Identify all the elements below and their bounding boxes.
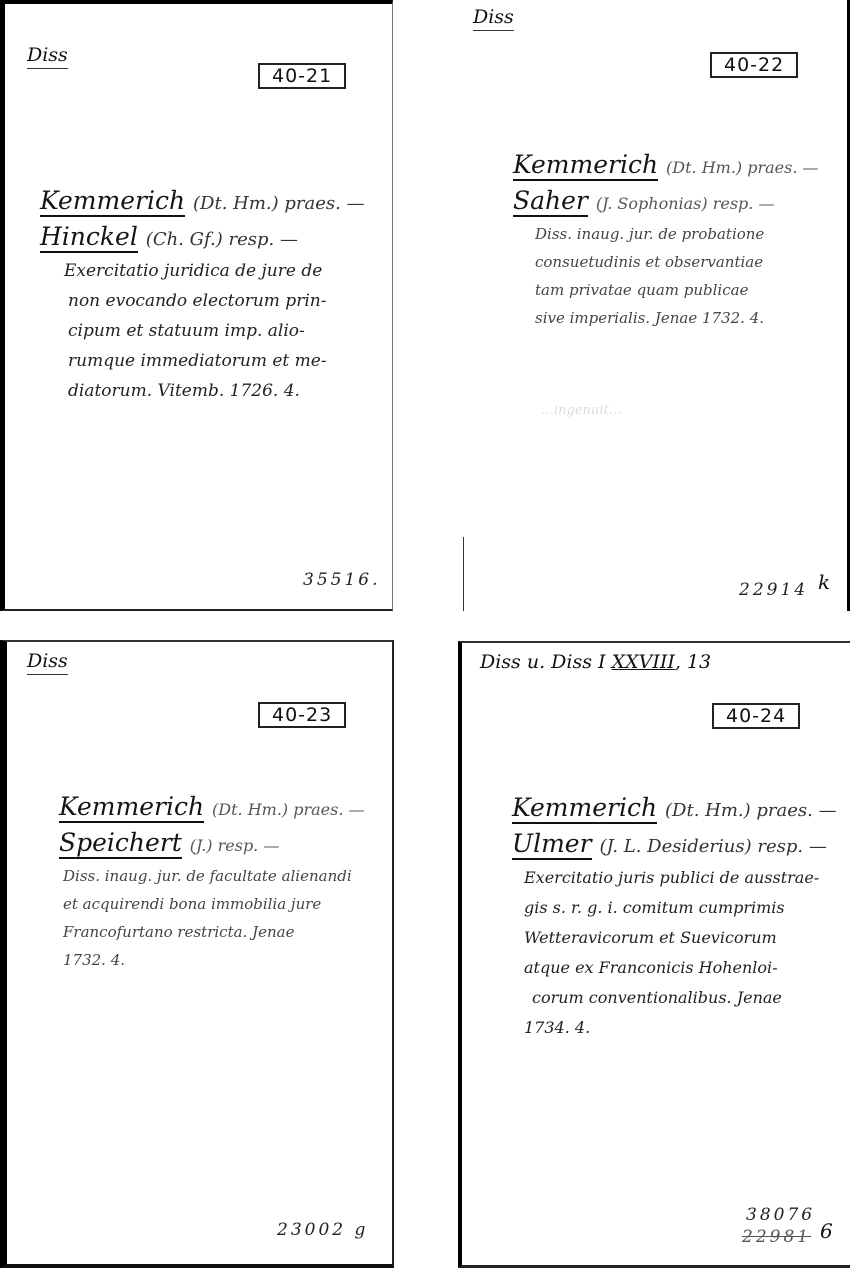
call-number: 40-23 bbox=[258, 702, 346, 728]
author-line: Kemmerich (Dt. Hm.) praes. — bbox=[512, 791, 837, 827]
catalog-entry: Kemmerich (Dt. Hm.) praes. — Hinckel (Ch… bbox=[40, 184, 365, 406]
author-line: Kemmerich (Dt. Hm.) praes. — bbox=[59, 790, 365, 826]
author-role: (Dt. Hm.) praes. — bbox=[193, 193, 365, 214]
title-line: cipum et statuum imp. alio- bbox=[40, 316, 365, 346]
catalog-entry: Kemmerich (Dt. Hm.) praes. — Ulmer (J. L… bbox=[512, 791, 837, 1043]
respondent-line: Speichert (J.) resp. — bbox=[59, 826, 365, 862]
corner-note: Diss u. Diss I XXVIII, 13 bbox=[480, 651, 711, 675]
catalog-card-40-23: Diss 40-23 Kemmerich (Dt. Hm.) praes. — … bbox=[0, 640, 394, 1268]
catalog-card-40-24: Diss u. Diss I XXVIII, 13 40-24 Kemmeric… bbox=[458, 641, 850, 1268]
corner-note: Diss bbox=[27, 44, 68, 69]
title-line: et acquirendi bona immobilia jure bbox=[59, 890, 365, 918]
title-line: Francofurtano restricta. Jenae bbox=[59, 918, 365, 946]
title-line: corum conventionalibus. Jenae bbox=[512, 983, 837, 1013]
accession-number: 35516. bbox=[303, 570, 380, 590]
accession-number: 23002 g bbox=[277, 1220, 368, 1240]
title-line: diatorum. Vitemb. 1726. 4. bbox=[40, 376, 365, 406]
respondent-name: Hinckel bbox=[40, 222, 138, 253]
respondent-line: Saher (J. Sophonias) resp. — bbox=[513, 184, 819, 220]
call-number: 40-24 bbox=[712, 703, 800, 729]
respondent-line: Hinckel (Ch. Gf.) resp. — bbox=[40, 220, 365, 256]
title-line: Diss. inaug. jur. de facultate alienandi bbox=[59, 862, 365, 890]
title-line: Exercitatio juris publici de ausstrae- bbox=[512, 863, 837, 893]
title-line: Exercitatio juridica de jure de bbox=[40, 256, 365, 286]
author-name: Kemmerich bbox=[59, 792, 204, 823]
accession-number: 38076 bbox=[746, 1205, 815, 1225]
title-line: 1734. 4. bbox=[512, 1013, 837, 1043]
catalog-card-40-22: Diss 40-22 Kemmerich (Dt. Hm.) praes. — … bbox=[463, 0, 850, 611]
catalog-entry: Kemmerich (Dt. Hm.) praes. — Saher (J. S… bbox=[513, 148, 819, 332]
corner-note-text: Diss u. Diss I bbox=[480, 651, 606, 673]
title-line: 1732. 4. bbox=[59, 946, 365, 974]
check-mark: k bbox=[818, 570, 830, 594]
title-line: atque ex Franconicis Hohenloi- bbox=[512, 953, 837, 983]
author-name: Kemmerich bbox=[512, 793, 657, 824]
respondent-role: (J. Sophonias) resp. — bbox=[596, 194, 775, 213]
respondent-role: (Ch. Gf.) resp. — bbox=[146, 229, 298, 250]
respondent-line: Ulmer (J. L. Desiderius) resp. — bbox=[512, 827, 837, 863]
corner-note-tail: , 13 bbox=[675, 651, 711, 673]
accession-number-old: 22981 bbox=[742, 1227, 811, 1247]
respondent-role: (J.) resp. — bbox=[190, 836, 280, 855]
corner-note: Diss bbox=[27, 650, 68, 675]
author-line: Kemmerich (Dt. Hm.) praes. — bbox=[40, 184, 365, 220]
corner-note-roman: XXVIII bbox=[612, 651, 675, 673]
call-number: 40-22 bbox=[710, 52, 798, 78]
author-name: Kemmerich bbox=[513, 150, 658, 181]
author-role: (Dt. Hm.) praes. — bbox=[666, 158, 819, 177]
title-line: gis s. r. g. i. comitum cumprimis bbox=[512, 893, 837, 923]
title-line: consuetudinis et observantiae bbox=[513, 248, 819, 276]
author-role: (Dt. Hm.) praes. — bbox=[212, 800, 365, 819]
respondent-name: Ulmer bbox=[512, 829, 592, 860]
title-line: non evocando electorum prin- bbox=[40, 286, 365, 316]
bleedthrough-text: …ingenuit… bbox=[541, 403, 622, 418]
title-line: rumque immediatorum et me- bbox=[40, 346, 365, 376]
call-number: 40-21 bbox=[258, 63, 346, 89]
copy-mark: 6 bbox=[820, 1219, 833, 1243]
author-name: Kemmerich bbox=[40, 186, 185, 217]
author-role: (Dt. Hm.) praes. — bbox=[665, 800, 837, 821]
title-line: Wetteravicorum et Suevicorum bbox=[512, 923, 837, 953]
author-line: Kemmerich (Dt. Hm.) praes. — bbox=[513, 148, 819, 184]
title-line: sive imperialis. Jenae 1732. 4. bbox=[513, 304, 819, 332]
title-line: tam privatae quam publicae bbox=[513, 276, 819, 304]
card-edge bbox=[463, 537, 464, 611]
title-line: Diss. inaug. jur. de probatione bbox=[513, 220, 819, 248]
respondent-name: Speichert bbox=[59, 828, 182, 859]
accession-number: 22914 bbox=[739, 580, 808, 600]
corner-note: Diss bbox=[473, 6, 514, 31]
catalog-entry: Kemmerich (Dt. Hm.) praes. — Speichert (… bbox=[59, 790, 365, 974]
catalog-card-40-21: Diss 40-21 Kemmerich (Dt. Hm.) praes. — … bbox=[0, 0, 393, 611]
respondent-name: Saher bbox=[513, 186, 588, 217]
respondent-role: (J. L. Desiderius) resp. — bbox=[599, 836, 826, 857]
